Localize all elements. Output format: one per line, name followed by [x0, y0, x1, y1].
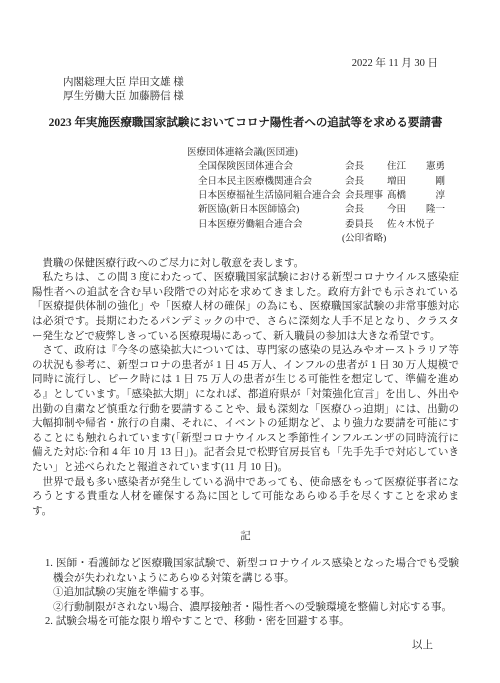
sender-role: 委員長	[345, 218, 387, 232]
sender-org: 日本医療福祉生活協同組合連合会	[198, 189, 345, 203]
sender-org: 日本医療労働組合連合会	[198, 218, 345, 232]
sender-role: 会長	[345, 160, 387, 174]
body-paragraph: 私たちは、この間 3 度にわたって、医療職国家試験における新型コロナウイルス感染…	[32, 271, 459, 344]
request-item-text: 医師・看護師など医療職国家試験で、新型コロナウイルス感染となった場合でも受験機会…	[53, 558, 459, 584]
document-page: 2022 年 11 月 30 日 内閣総理大臣 岸田文雄 様 厚生労働大臣 加藤…	[0, 0, 500, 683]
closing-marker: 以上	[32, 639, 459, 654]
sender-row: 日本医療福祉生活協同組合連合会 会長理事 髙橋淳	[198, 189, 459, 203]
sender-org: 全日本民主医療機関連合会	[198, 175, 345, 189]
sender-row: 日本医療労働組合連合会 委員長 佐々木悦子	[198, 218, 459, 232]
body-paragraph: 貴職の保健医療行政へのご尽力に対し敬意を表します。	[32, 257, 459, 272]
sender-name: 佐々木悦子	[387, 218, 445, 232]
document-title: 2023 年実施医療職国家試験においてコロナ陽性者への追試等を求める要請書	[32, 116, 459, 131]
sender-family-name: 住江	[387, 160, 406, 174]
document-date: 2022 年 11 月 30 日	[32, 57, 459, 72]
request-item-1: 1.医師・看護師など医療職国家試験で、新型コロナウイルス感染となった場合でも受験…	[53, 557, 459, 586]
sender-given-name: 淳	[435, 189, 445, 203]
body-paragraph: さて、政府は『今冬の感染拡大については、専門家の感染の見込みやオーストラリア等の…	[32, 344, 459, 475]
sender-family-name: 佐々木悦子	[387, 218, 435, 232]
sender-name: 増田剛	[387, 175, 445, 189]
sender-group-name: 医療団体連絡会議(医団連)	[187, 146, 459, 160]
addressee-health-minister: 厚生労働大臣 加藤勝信 様	[63, 90, 459, 105]
sender-row: 新医協(新日本医師協会) 会長 今田隆一	[198, 203, 459, 217]
request-item-2: 2.試験会場を可能な限り増やすことで、移動・密を回避する事。	[53, 615, 459, 630]
request-item-number: 2.	[45, 616, 56, 627]
sender-role: 会長	[345, 175, 387, 189]
request-subitem: ①追加試験の実施を準備する事。	[53, 586, 459, 601]
addressee-block: 内閣総理大臣 岸田文雄 様 厚生労働大臣 加藤勝信 様	[63, 76, 459, 105]
body-text: 貴職の保健医療行政へのご尽力に対し敬意を表します。 私たちは、この間 3 度にわ…	[32, 257, 459, 520]
body-paragraph: 世界で最も多い感染者が発生している渦中であっても、使命感をもって医療従事者になろ…	[32, 476, 459, 520]
sender-name: 今田隆一	[387, 203, 445, 217]
sender-org: 全国保険医団体連合会	[198, 160, 345, 174]
sender-name: 住江憲勇	[387, 160, 445, 174]
sender-row: 全日本民主医療機関連合会 会長 増田剛	[198, 175, 459, 189]
request-subitem: ②行動制限がされない場合、濃厚接触者・陽性者への受験環境を整備し対応する事。	[53, 601, 459, 616]
sender-row: 全国保険医団体連合会 会長 住江憲勇	[198, 160, 459, 174]
request-item-text: 試験会場を可能な限り増やすことで、移動・密を回避する事。	[56, 616, 350, 627]
sender-family-name: 増田	[387, 175, 406, 189]
sender-rows: 全国保険医団体連合会 会長 住江憲勇 全日本民主医療機関連合会 会長 増田剛 日…	[198, 160, 459, 246]
request-list: 1.医師・看護師など医療職国家試験で、新型コロナウイルス感染となった場合でも受験…	[32, 557, 459, 630]
request-item-number: 1.	[45, 558, 56, 569]
sender-family-name: 髙橋	[387, 189, 406, 203]
sender-role: 会長理事	[345, 189, 387, 203]
seal-note: (公印省略)	[342, 232, 459, 246]
sender-family-name: 今田	[387, 203, 406, 217]
addressee-prime-minister: 内閣総理大臣 岸田文雄 様	[63, 76, 459, 91]
record-marker: 記	[32, 530, 459, 545]
sender-role: 会長	[345, 203, 387, 217]
sender-org: 新医協(新日本医師協会)	[198, 203, 345, 217]
sender-block: 医療団体連絡会議(医団連) 全国保険医団体連合会 会長 住江憲勇 全日本民主医療…	[187, 146, 459, 247]
sender-given-name: 憲勇	[426, 160, 445, 174]
sender-given-name: 隆一	[426, 203, 445, 217]
sender-given-name: 剛	[435, 175, 445, 189]
sender-name: 髙橋淳	[387, 189, 445, 203]
